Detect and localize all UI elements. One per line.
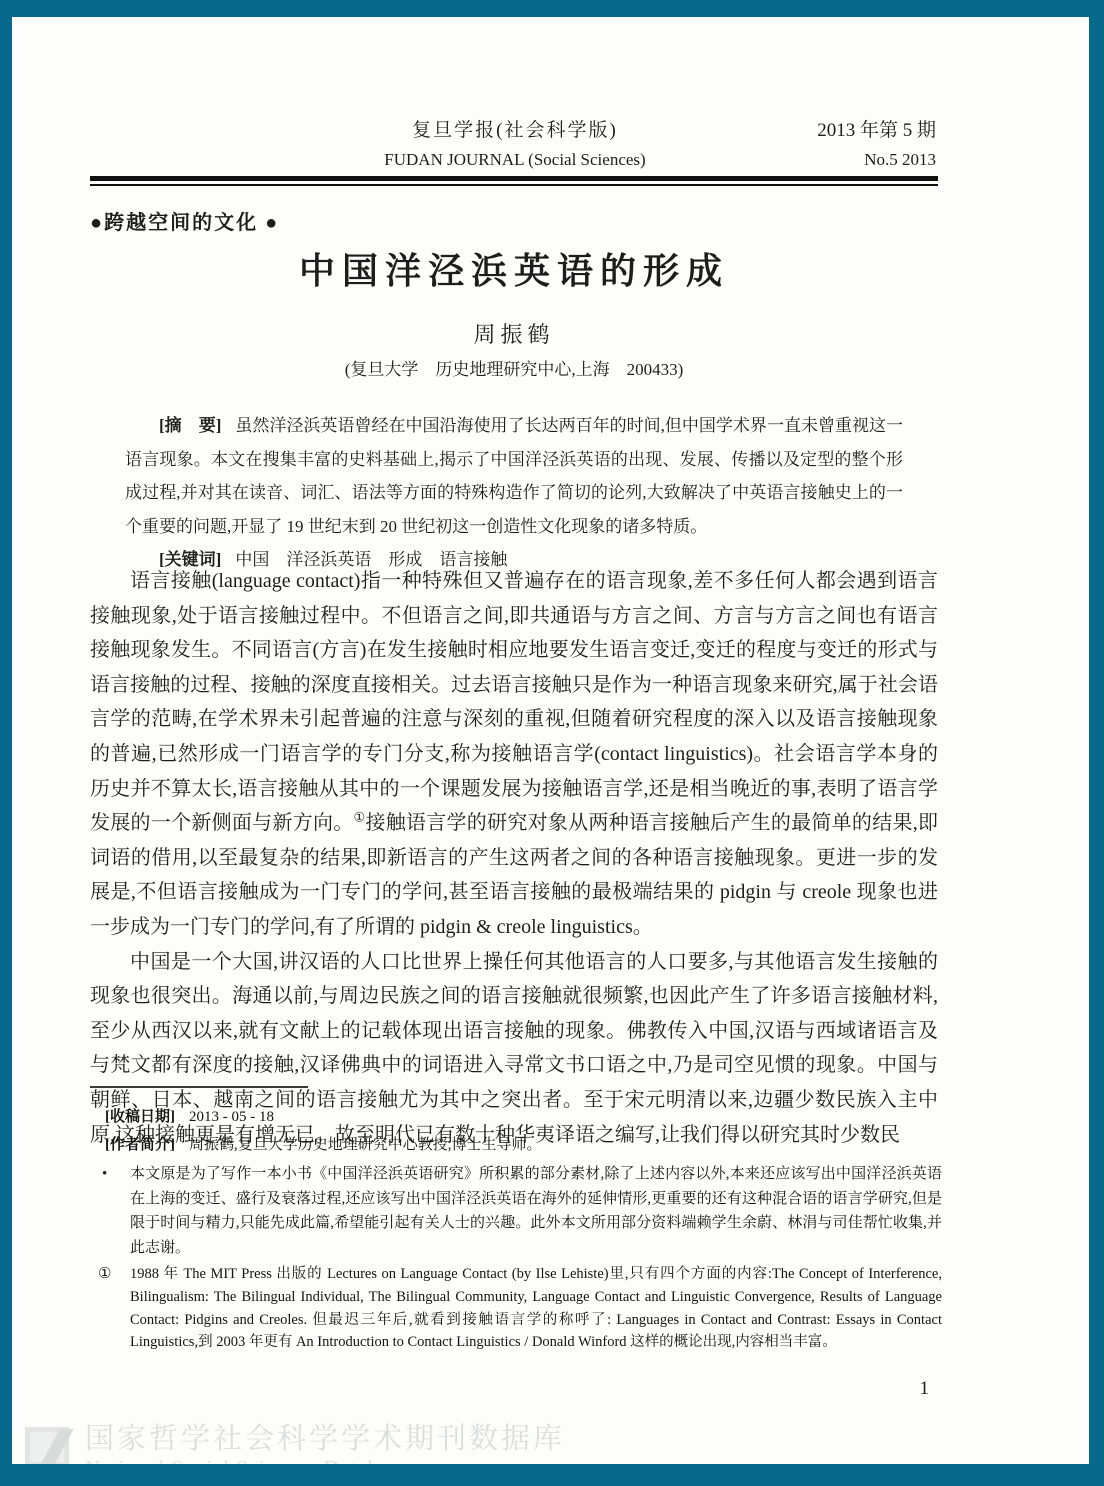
nssd-logo-icon: [25, 1423, 77, 1464]
page-frame: 复旦学报(社会科学版) FUDAN JOURNAL (Social Scienc…: [0, 0, 1104, 1486]
article-title: 中国洋泾浜英语的形成: [90, 243, 938, 294]
received-date-label: [收稿日期]: [105, 1109, 175, 1125]
abstract-text: 虽然洋泾浜英语曾经在中国沿海使用了长达两百年的时间,但中国学术界一直未曾重视这一…: [125, 416, 903, 536]
journal-title-en: FUDAN JOURNAL (Social Sciences): [215, 146, 815, 174]
abstract-paragraph: [摘 要]虽然洋泾浜英语曾经在中国沿海使用了长达两百年的时间,但中国学术界一直未…: [125, 409, 903, 543]
numbered-footnote-1-marker: ①: [98, 1263, 111, 1286]
issue-number-zh: 2013 年第 5 期: [817, 116, 936, 146]
issue-number-en: No.5 2013: [817, 146, 936, 174]
watermark-text-en: National Social Sciences Database: [85, 1455, 565, 1464]
body-paragraph-1: 语言接触(language contact)指一种特殊但又普遍存在的语言现象,差…: [90, 564, 938, 945]
author-bio-value: 周振鹤,复旦大学历史地理研究中心教授,博士生导师。: [189, 1137, 542, 1153]
numbered-footnote-1-text: 1988 年 The MIT Press 出版的 Lectures on Lan…: [130, 1266, 942, 1350]
database-watermark: 国家哲学社会科学学术期刊数据库 National Social Sciences…: [25, 1423, 565, 1464]
journal-header: 复旦学报(社会科学版) FUDAN JOURNAL (Social Scienc…: [215, 116, 815, 174]
star-footnote-text: 本文原是为了写作一本小书《中国洋泾浜英语研究》所积累的部分素材,除了上述内容以外…: [130, 1166, 942, 1256]
author-bio-line: [作者简介]周振鹤,复旦大学历史地理研究中心教授,博士生导师。: [90, 1131, 942, 1159]
numbered-footnote-1: ①1988 年 The MIT Press 出版的 Lectures on La…: [90, 1263, 942, 1354]
article-affiliation: (复旦大学 历史地理研究中心,上海 200433): [90, 355, 938, 380]
footnotes-block: [收稿日期]2013 - 05 - 18 [作者简介]周振鹤,复旦大学历史地理研…: [90, 1103, 942, 1354]
journal-title-zh: 复旦学报(社会科学版): [215, 116, 815, 146]
header-rule-thin: [90, 184, 938, 186]
abstract-label: [摘 要]: [159, 416, 221, 435]
footnote-ref-1: ①: [354, 810, 366, 825]
watermark-text: 国家哲学社会科学学术期刊数据库 National Social Sciences…: [85, 1423, 565, 1464]
received-date-value: 2013 - 05 - 18: [189, 1109, 274, 1125]
page-number: 1: [920, 1378, 930, 1400]
header-rule-thick: [90, 176, 938, 181]
received-date-line: [收稿日期]2013 - 05 - 18: [90, 1103, 942, 1131]
author-bio-label: [作者简介]: [105, 1137, 175, 1153]
footnote-divider: [90, 1086, 308, 1088]
abstract-block: [摘 要]虽然洋泾浜英语曾经在中国沿海使用了长达两百年的时间,但中国学术界一直未…: [125, 409, 903, 577]
body-text: 语言接触(language contact)指一种特殊但又普遍存在的语言现象,差…: [90, 564, 938, 1152]
watermark-text-zh: 国家哲学社会科学学术期刊数据库: [85, 1423, 565, 1455]
column-label: ●跨越空间的文化 ●: [90, 206, 279, 235]
article-author: 周振鹤: [90, 318, 938, 349]
star-footnote: •本文原是为了写作一本小书《中国洋泾浜英语研究》所积累的部分素材,除了上述内容以…: [90, 1162, 942, 1260]
p1-text-before-note: 语言接触(language contact)指一种特殊但又普遍存在的语言现象,差…: [90, 570, 938, 834]
issue-info: 2013 年第 5 期 No.5 2013: [817, 116, 936, 174]
star-footnote-marker: •: [102, 1162, 107, 1187]
paper-page: 复旦学报(社会科学版) FUDAN JOURNAL (Social Scienc…: [12, 17, 1089, 1464]
